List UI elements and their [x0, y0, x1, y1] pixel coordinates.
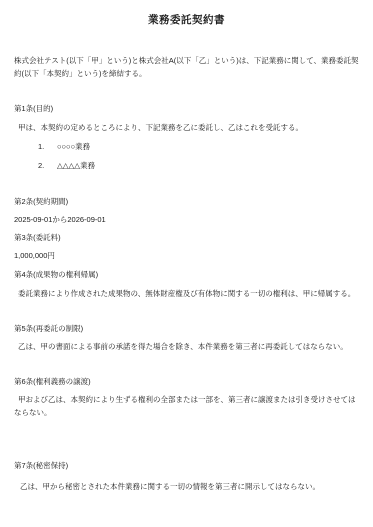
- article-3-heading: 第3条(委託料): [14, 232, 359, 244]
- article-5-body: 乙は、甲の書面による事前の承諾を得た場合を除き、本件業務を第三者に再委託してはな…: [14, 341, 359, 354]
- service-list-item-1-label: ○○○○業務: [57, 142, 90, 151]
- article-1-heading: 第1条(目的): [14, 103, 359, 115]
- service-list-item-2: 2.△△△△業務: [14, 160, 359, 172]
- contract-fee: 1,000,000円: [14, 250, 359, 262]
- article-1-body: 甲は、本契約の定めるところにより、下記業務を乙に委託し、乙はこれを受託する。: [14, 122, 359, 134]
- article-4-heading: 第4条(成果物の権利帰属): [14, 269, 359, 281]
- service-list-item-2-label: △△△△業務: [57, 161, 95, 170]
- service-list-item-2-number: 2.: [38, 160, 57, 172]
- article-5-heading: 第5条(再委託の制限): [14, 323, 359, 335]
- document-title: 業務委託契約書: [14, 14, 359, 26]
- article-4-body: 委託業務により作成された成果物の、無体財産権及び有体物に関する一切の権利は、甲に…: [14, 288, 359, 301]
- contract-period: 2025-09-01から2026-09-01: [14, 214, 359, 226]
- intro-paragraph: 株式会社テスト(以下「甲」という)と株式会社A(以下「乙」という)は、下記業務に…: [14, 55, 359, 80]
- article-7-body: 乙は、甲から秘密とされた本件業務に関する一切の情報を第三者に開示してはならない。: [14, 481, 359, 493]
- service-list-item-1-number: 1.: [38, 141, 57, 153]
- article-7-heading: 第7条(秘密保持): [14, 460, 359, 472]
- contract-document: 業務委託契約書 株式会社テスト(以下「甲」という)と株式会社A(以下「乙」という…: [0, 0, 373, 527]
- article-2-heading: 第2条(契約期間): [14, 196, 359, 208]
- service-list-item-1: 1.○○○○業務: [14, 141, 359, 153]
- article-6-heading: 第6条(権利義務の譲渡): [14, 376, 359, 388]
- article-6-body: 甲および乙は、本契約により生ずる権利の全部または一部を、第三者に譲渡または引き受…: [14, 394, 359, 419]
